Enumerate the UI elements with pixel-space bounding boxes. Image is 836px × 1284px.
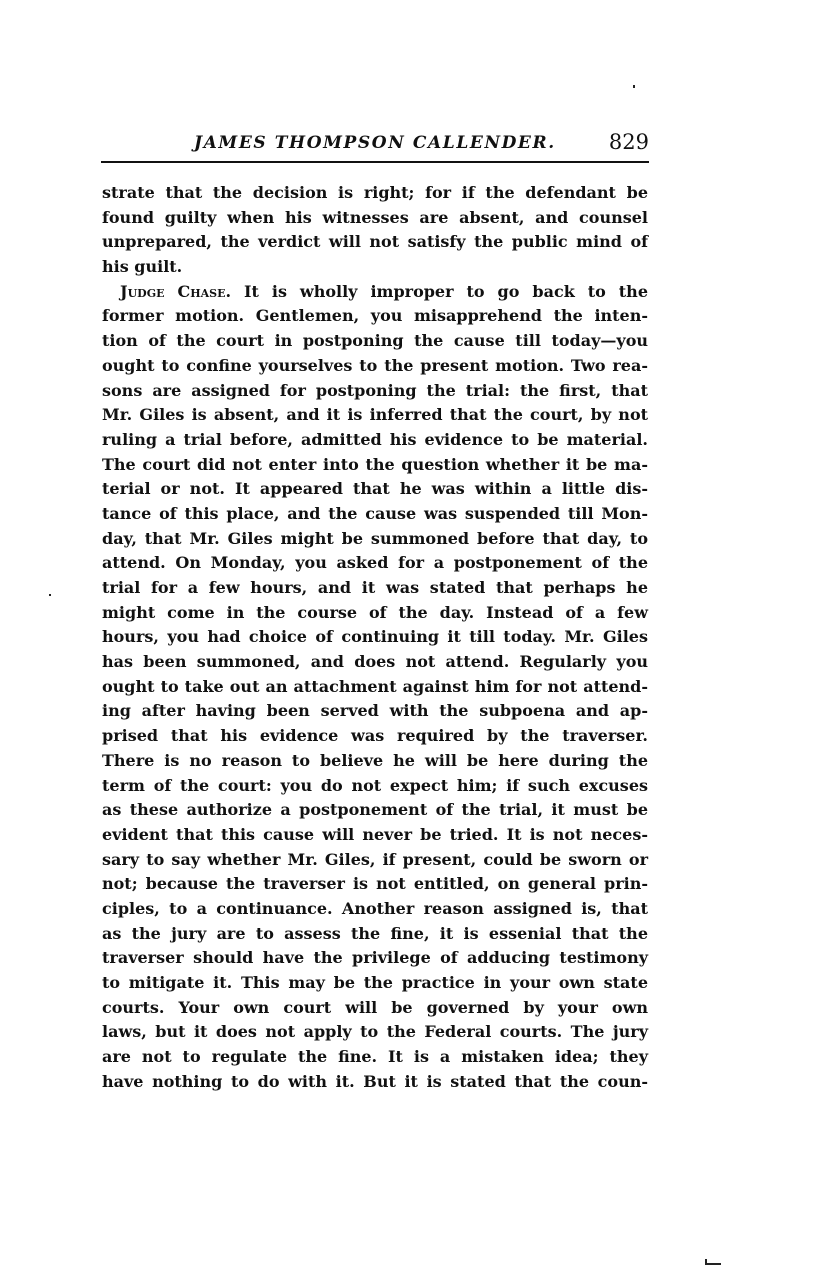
text-line: ing after having been served with the su…	[102, 699, 648, 724]
text-line: as these authorize a postponement of the…	[102, 798, 648, 823]
text-line: traverser should have the privilege of a…	[102, 946, 648, 971]
page-number: 829	[609, 130, 649, 154]
running-header: JAMES THOMPSON CALLENDER. 829	[101, 130, 649, 160]
text-line: has been summoned, and does not attend. …	[102, 650, 648, 675]
text-line: day, that Mr. Giles might be summoned be…	[102, 527, 648, 552]
text-line: as the jury are to assess the fine, it i…	[102, 922, 648, 947]
text-line: might come in the course of the day. Ins…	[102, 601, 648, 626]
text-line: tion of the court in postponing the caus…	[102, 329, 648, 354]
text-line: courts. Your own court will be governed …	[102, 996, 648, 1021]
text-line: prised that his evidence was required by…	[102, 724, 648, 749]
scan-mark	[705, 1263, 721, 1265]
text-line: term of the court: you do not expect him…	[102, 774, 648, 799]
text-line: tance of this place, and the cause was s…	[102, 502, 648, 527]
text-line: ought to take out an attachment against …	[102, 675, 648, 700]
book-page: JAMES THOMPSON CALLENDER. 829 strate tha…	[0, 0, 836, 1284]
header-rule	[101, 161, 649, 163]
text-line: unprepared, the verdict will not satisfy…	[102, 230, 648, 255]
speaker-label: Judge Chase.	[120, 282, 231, 301]
text-line: found guilty when his witnesses are abse…	[102, 206, 648, 231]
text-line: his guilt.	[102, 255, 648, 280]
text-line: have nothing to do with it. But it is st…	[102, 1070, 648, 1095]
scan-speck	[633, 85, 635, 88]
text-line: ought to confine yourselves to the prese…	[102, 354, 648, 379]
text-line: sons are assigned for postponing the tri…	[102, 379, 648, 404]
scan-speck	[49, 594, 51, 596]
text-line: The court did not enter into the questio…	[102, 453, 648, 478]
text-line: terial or not. It appeared that he was w…	[102, 477, 648, 502]
paragraph-start-line: Judge Chase. It is wholly improper to go…	[102, 280, 648, 305]
text-line: sary to say whether Mr. Giles, if presen…	[102, 848, 648, 873]
text-line: There is no reason to believe he will be…	[102, 749, 648, 774]
text-line: It is wholly improper to go back to the	[244, 282, 648, 301]
text-line: trial for a few hours, and it was stated…	[102, 576, 648, 601]
text-line: attend. On Monday, you asked for a postp…	[102, 551, 648, 576]
text-line: are not to regulate the fine. It is a mi…	[102, 1045, 648, 1070]
text-line: evident that this cause will never be tr…	[102, 823, 648, 848]
text-line: not; because the traverser is not entitl…	[102, 872, 648, 897]
body-text: strate that the decision is right; for i…	[102, 181, 648, 1094]
text-line: ciples, to a continuance. Another reason…	[102, 897, 648, 922]
text-line: hours, you had choice of continuing it t…	[102, 625, 648, 650]
running-title: JAMES THOMPSON CALLENDER.	[194, 133, 556, 153]
text-line: to mitigate it. This may be the practice…	[102, 971, 648, 996]
text-line: ruling a trial before, admitted his evid…	[102, 428, 648, 453]
text-line: strate that the decision is right; for i…	[102, 181, 648, 206]
text-line: laws, but it does not apply to the Feder…	[102, 1020, 648, 1045]
text-line: Mr. Giles is absent, and it is inferred …	[102, 403, 648, 428]
text-line: former motion. Gentlemen, you misapprehe…	[102, 304, 648, 329]
